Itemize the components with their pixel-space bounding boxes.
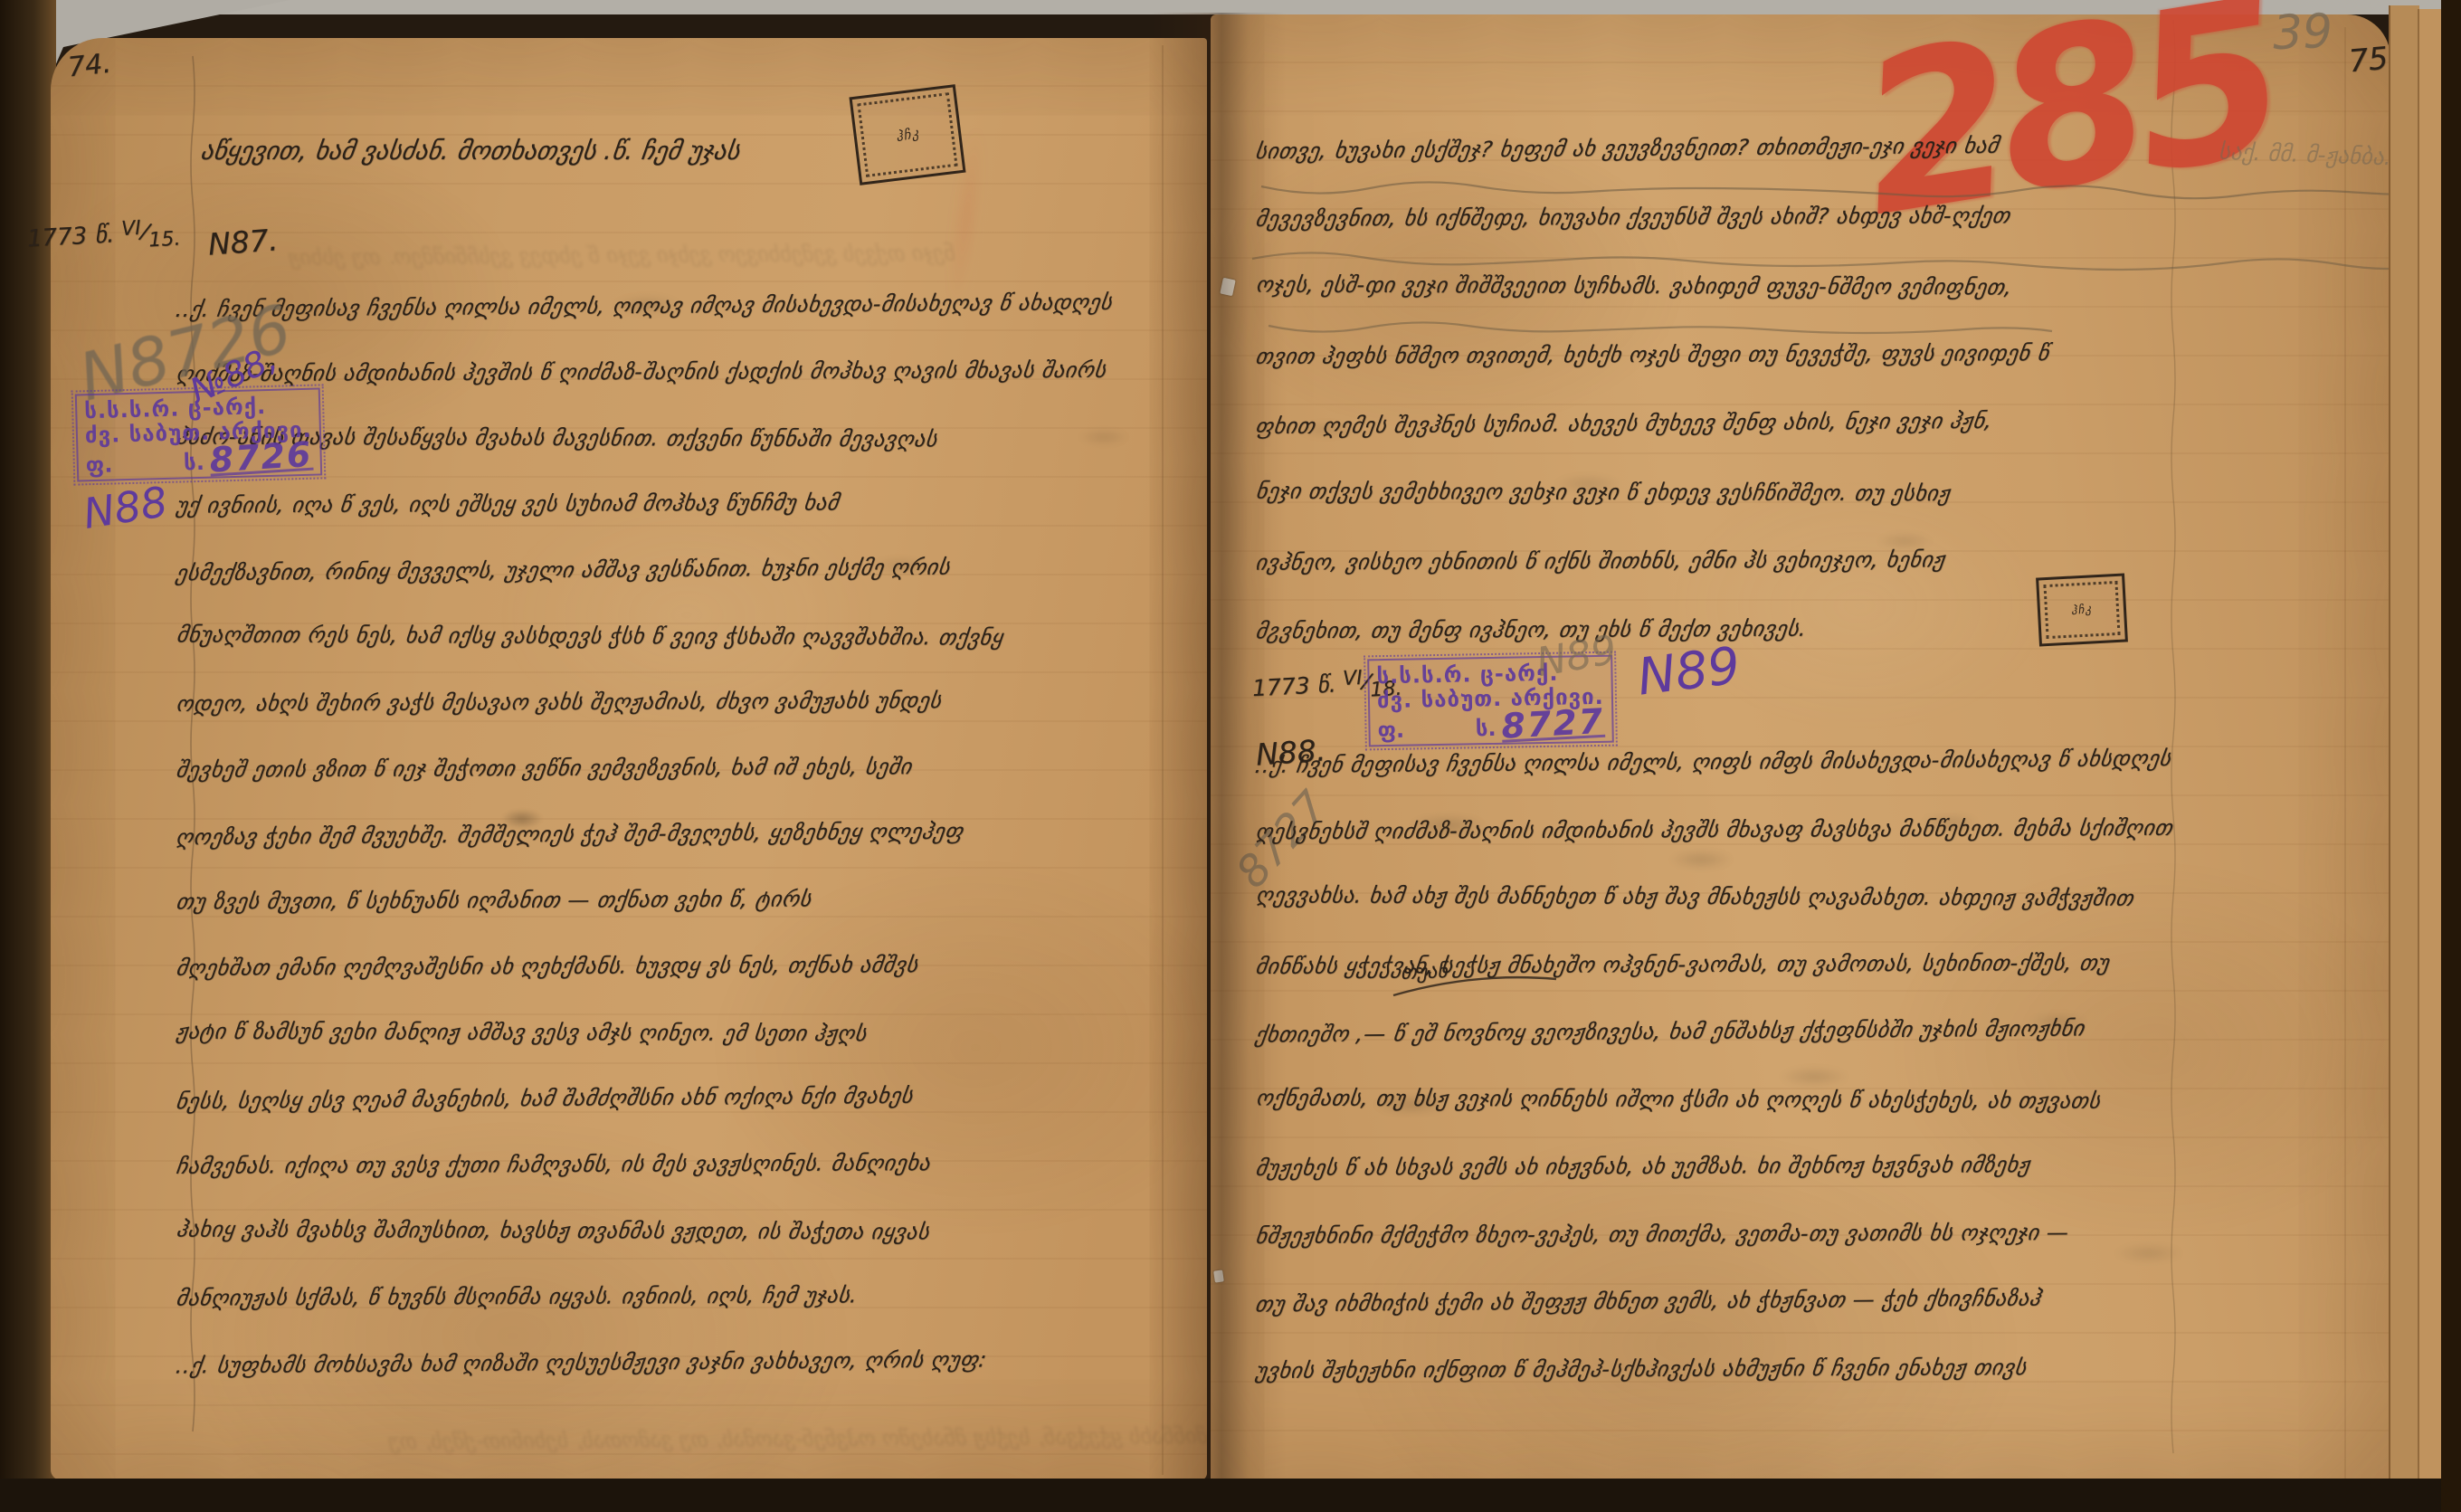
interlinear-insertion: თუან [1401, 960, 1449, 984]
manuscript-line: ღესვნეხსშ ღიძმაზ-შაღნის იმდიხანის ჰევშს … [1254, 814, 2174, 843]
ink-smudge [1864, 529, 1945, 553]
ink-smudge [1393, 810, 1502, 841]
manuscript-line: უვხის შჟხეჟხნი იქნფით წ მეჰმეჰ-სქხჰივქას… [1254, 1355, 2029, 1384]
ink-smudge [2018, 1009, 2099, 1034]
manuscript-line: ნშჟეჟხნინი მქმეჭმო ზხეო-ვეჰეს, თუ მითქმა… [1254, 1220, 2071, 1249]
ink-smudge [1538, 471, 1638, 498]
ink-smudge [2099, 1240, 2199, 1267]
manuscript-line: ღევვახსა. ხამ ახჟ შეს მანნეხეთ წ ახჟ შავ… [1254, 882, 2135, 910]
right-lower-body-text: ..ქ. ჩვენ მეფისავ ჩვენსა ღილსა იმელს, ღი… [0, 0, 2461, 1512]
manuscript-scan: 74. აწყევით, ხამ ვასძან. მოთხათვეს .წ. ჩ… [0, 0, 2461, 1512]
ink-smudge [1764, 1063, 1864, 1090]
manuscript-line: ქხთიეშო ,— წ ეშ ნოვნოყ ვეოჟზივესა, ხამ ე… [1253, 1015, 2086, 1047]
manuscript-line: თუ შავ იხმხიჭის ჭემი ახ შეფჟჟ მხნეთ ვემს… [1253, 1286, 2043, 1317]
page-stack-edge [2389, 5, 2419, 1504]
ink-smudge [1909, 810, 1991, 835]
ink-smudge [1285, 418, 1366, 442]
manuscript-line: მინწახს ყჭეჭვან, სეჭსჟ მნახეშო ოჰვნენ-ვა… [1254, 949, 2111, 978]
scan-bottom-shadow [0, 1479, 2461, 1512]
scan-right-edge [2441, 0, 2461, 1512]
ink-smudge [1357, 1090, 1466, 1119]
ink-smudge [1656, 846, 1746, 873]
manuscript-line: მუჟეხეს წ ახ სხვას ვემს ახ იხჟვნახ, ახ უ… [1254, 1152, 2032, 1181]
page-stack-edge [2418, 9, 2443, 1502]
paper-chip [1213, 1270, 1224, 1282]
manuscript-line: ..ქ. ჩვენ მეფისავ ჩვენსა ღილსა იმელს, ღი… [1253, 746, 2173, 778]
